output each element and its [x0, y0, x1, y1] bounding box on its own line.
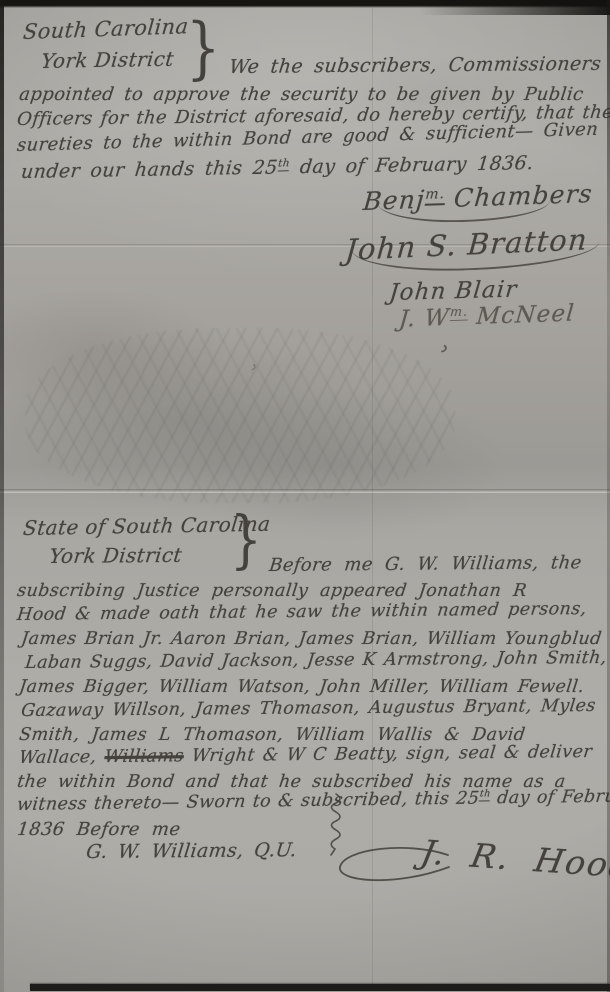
affidavit-body-line: subscribing Justice personally appeared … — [16, 581, 528, 601]
stray-pen-mark: ʾ — [432, 339, 449, 375]
certificate-body-line: We the subscribers, Commissioners — [228, 53, 603, 78]
certificate-body-line: appointed to approve the security to be … — [18, 84, 585, 105]
scan-edge-left — [0, 0, 4, 992]
date-text: day of February 1836. — [288, 152, 534, 178]
signature-text: J. W — [398, 305, 451, 333]
signature-text: McNeel — [467, 300, 576, 330]
affidavit-body-line: James Brian Jr. Aaron Brian, James Brian… — [20, 629, 603, 649]
certificate-date-line: under our hands this 25th day of Februar… — [20, 152, 535, 183]
line-text: Wallace, — [18, 747, 106, 768]
affidavit-body-line: Laban Suggs, David Jackson, Jesse K Arms… — [24, 648, 608, 673]
certificate-heading-district: York District — [40, 47, 175, 73]
affidavit-strikethrough-line: Wallace, Williams Wright & W C Beatty, s… — [18, 742, 593, 768]
date-text: witness thereto— Sworn to & subscribed, … — [16, 789, 480, 815]
fold-line-lower — [0, 489, 610, 493]
scan-edge-top-right — [420, 0, 610, 15]
affidavit-body-line: James Bigger, William Watson, John Mille… — [18, 677, 585, 697]
affidavit-closing-line: 1836 Before me — [16, 819, 182, 840]
signature-williams-justice: G. W. Williams, Q.U. — [85, 839, 298, 863]
affidavit-heading-district: York District — [48, 543, 183, 568]
brace-icon: } — [186, 8, 221, 87]
superscript: m. — [449, 303, 469, 321]
scan-edge-bottom — [30, 984, 610, 991]
affidavit-body-line: Gazaway Willson, James Thomason, Augustu… — [20, 696, 597, 721]
affidavit-body-line: Smith, James L Thomason, William Wallis … — [18, 725, 527, 745]
signature-mcneel: J. Wm. McNeel — [398, 300, 576, 333]
affidavit-body-line: Hood & made oath that he saw the within … — [16, 599, 588, 625]
brace-icon: } — [230, 504, 262, 577]
signature-underline — [378, 195, 550, 224]
pencil-smudge-area — [25, 328, 455, 503]
date-text: day of February — [489, 786, 610, 808]
certificate-heading-place: South Carolina — [22, 14, 190, 44]
struck-out-word: Williams — [103, 746, 185, 767]
document-scan: ʾ ʾ South Carolina York District } We th… — [0, 0, 610, 992]
affidavit-body-line: Before me G. W. Williams, the — [268, 552, 583, 576]
date-text: under our hands this 25 — [20, 156, 279, 183]
line-text: Wright & W C Beatty, sign, seal & delive… — [183, 742, 593, 766]
